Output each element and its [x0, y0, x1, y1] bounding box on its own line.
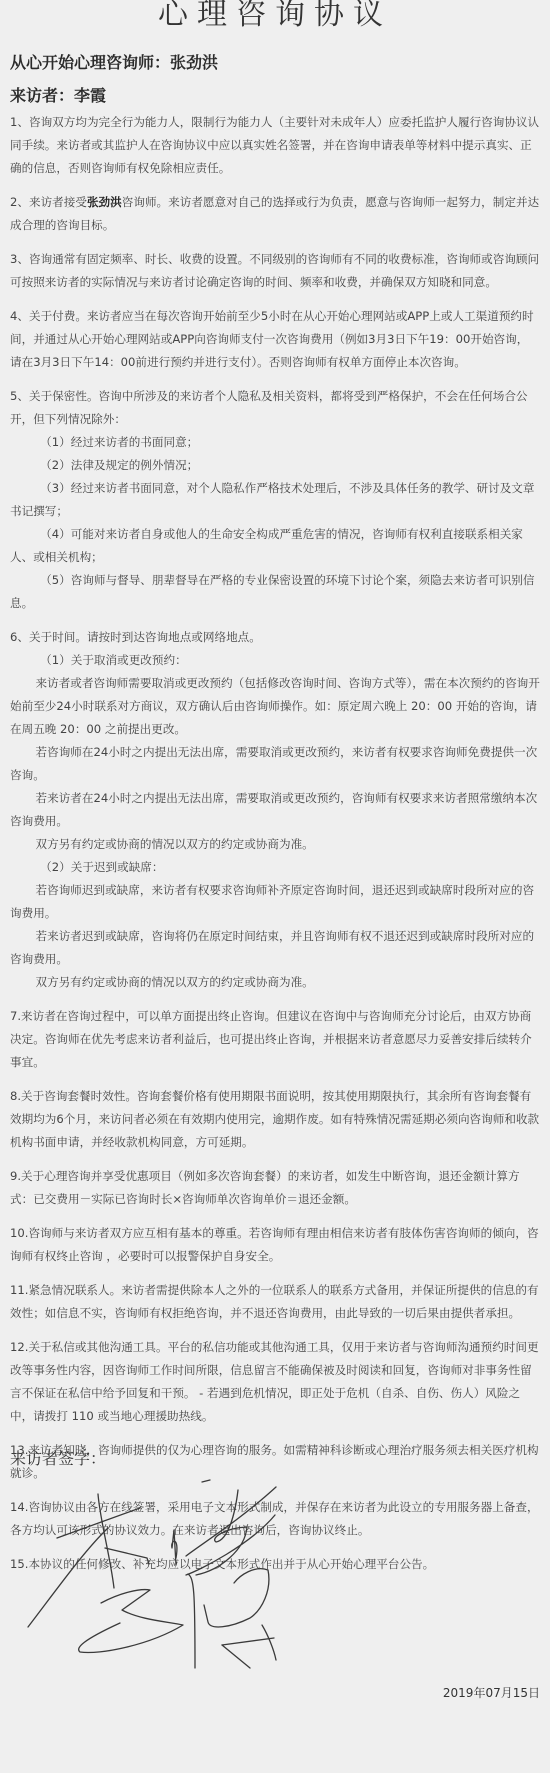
- clause-9: 9.关于心理咨询并享受优惠项目（例如多次咨询套餐）的来访者，如发生中断咨询，退还…: [10, 1165, 540, 1211]
- signature-date: 2019年07月15日: [443, 1684, 540, 1701]
- clause-6-1-item: 来访者或者咨询师需要取消或更改预约（包括修改咨询时间、咨询方式等），需在本次预约…: [10, 672, 540, 741]
- clause-6-1-item: 若咨询师在24小时之内提出无法出席，需要取消或更改预约，来访者有权要求咨询师免费…: [10, 741, 540, 787]
- clause-5-item: （3）经过来访者书面同意，对个人隐私作严格技术处理后，不涉及具体任务的教学、研讨…: [10, 477, 540, 523]
- page-title: 心理咨询协议: [0, 0, 550, 30]
- clause-6-2-item: 双方另有约定或协商的情况以双方的约定或协商为准。: [10, 971, 540, 994]
- clause-2-pre: 2、来访者接受: [10, 195, 87, 209]
- clause-6-1-item: 双方另有约定或协商的情况以双方的约定或协商为准。: [10, 833, 540, 856]
- client-line: 来访者：李霞: [10, 83, 106, 106]
- clause-3: 3、咨询通常有固定频率、时长、收费的设置。不同级别的咨询师有不同的收费标准，咨询…: [10, 248, 540, 294]
- clause-10: 10.咨询师与来访者双方应互相有基本的尊重。若咨询师有理由相信来访者有肢体伤害咨…: [10, 1222, 540, 1268]
- clause-11: 11.紧急情况联系人。来访者需提供除本人之外的一位联系人的联系方式备用，并保证所…: [10, 1279, 540, 1325]
- clause-7: 7.来访者在咨询过程中，可以单方面提出终止咨询。但建议在咨询中与咨询师充分讨论后…: [10, 1005, 540, 1074]
- clause-1: 1、咨询双方均为完全行为能力人，限制行为能力人（主要针对未成年人）应委托监护人履…: [10, 111, 540, 180]
- clause-2: 2、来访者接受张劲洪咨询师。来访者愿意对自己的选择或行为负责，愿意与咨询师一起努…: [10, 191, 540, 237]
- clause-5-item: （1）经过来访者的书面同意；: [10, 431, 540, 454]
- clause-12: 12.关于私信或其他沟通工具。平台的私信功能或其他沟通工具，仅用于来访者与咨询师…: [10, 1336, 540, 1428]
- agreement-page: 心理咨询协议 从心开始心理咨询师：张劲洪 来访者：李霞 1、咨询双方均为完全行为…: [0, 0, 550, 1773]
- clause-6: 6、关于时间。请按时到达咨询地点或网络地点。 （1）关于取消或更改预约： 来访者…: [10, 626, 540, 994]
- counselor-name: 张劲洪: [87, 195, 122, 209]
- clause-6-2-title: （2）关于迟到或缺席：: [10, 856, 540, 879]
- clause-5: 5、关于保密性。咨询中所涉及的来访者个人隐私及相关资料，都将受到严格保护，不会在…: [10, 385, 540, 615]
- clause-6-2-item: 若来访者迟到或缺席，咨询将仍在原定时间结束，并且咨询师有权不退还迟到或缺席时段所…: [10, 925, 540, 971]
- counselor-line: 从心开始心理咨询师：张劲洪: [10, 50, 218, 73]
- clause-8: 8.关于咨询套餐时效性。咨询套餐价格有使用期限书面说明，按其使用期限执行，其余所…: [10, 1085, 540, 1154]
- agreement-body: 1、咨询双方均为完全行为能力人，限制行为能力人（主要针对未成年人）应委托监护人履…: [10, 111, 540, 1587]
- clause-6-1-title: （1）关于取消或更改预约：: [10, 649, 540, 672]
- clause-5-item: （4）可能对来访者自身或他人的生命安全构成严重危害的情况，咨询师有权利直接联系相…: [10, 523, 540, 569]
- clause-5-item: （5）咨询师与督导、朋辈督导在严格的专业保密设置的环境下讨论个案，须隐去来访者可…: [10, 569, 540, 615]
- clause-6-1-item: 若来访者在24小时之内提出无法出席，需要取消或更改预约，咨询师有权要求来访者照常…: [10, 787, 540, 833]
- clause-5-item: （2）法律及规定的例外情况；: [10, 454, 540, 477]
- clause-4: 4、关于付费。来访者应当在每次咨询开始前至少5小时在从心开始心理网站或APP上或…: [10, 305, 540, 374]
- clause-6-intro: 6、关于时间。请按时到达咨询地点或网络地点。: [10, 626, 540, 649]
- handwritten-signature: [0, 1450, 300, 1670]
- clause-5-intro: 5、关于保密性。咨询中所涉及的来访者个人隐私及相关资料，都将受到严格保护，不会在…: [10, 385, 540, 431]
- clause-6-2-item: 若咨询师迟到或缺席，来访者有权要求咨询师补齐原定咨询时间，退还迟到或缺席时段所对…: [10, 879, 540, 925]
